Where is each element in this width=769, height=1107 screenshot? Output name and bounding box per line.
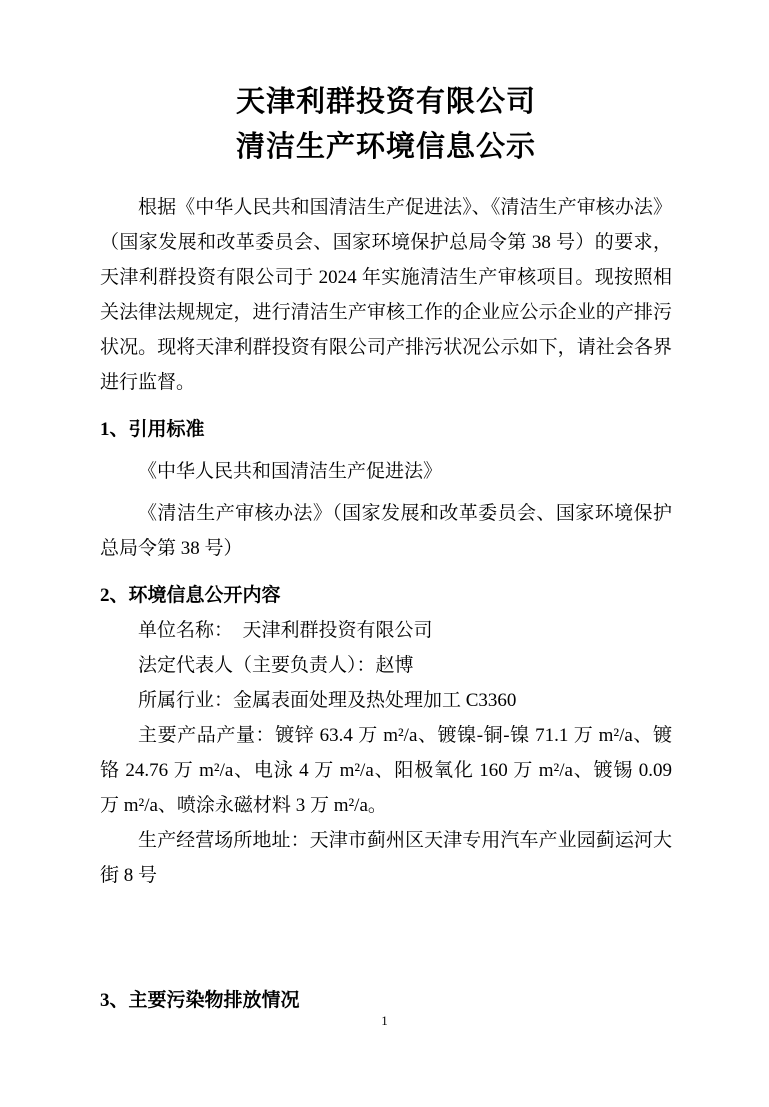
section-2-address: 生产经营场所地址：天津市蓟州区天津专用汽车产业园蓟运河大街 8 号: [100, 823, 672, 893]
doc-title-line-2: 清洁生产环境信息公示: [100, 125, 672, 170]
section-1-paragraph-1: 《中华人民共和国清洁生产促进法》: [100, 454, 672, 489]
section-1-paragraph-2: 《清洁生产审核办法》（国家发展和改革委员会、国家环境保护总局令第 38 号）: [100, 496, 672, 566]
document-page: 天津利群投资有限公司 清洁生产环境信息公示 根据《中华人民共和国清洁生产促进法》…: [0, 0, 769, 1107]
section-2-main-products: 主要产品产量：镀锌 63.4 万 m²/a、镀镍-铜-镍 71.1 万 m²/a…: [100, 718, 672, 823]
section-2-heading: 2、环境信息公开内容: [100, 578, 672, 613]
section-2-unit-name: 单位名称： 天津利群投资有限公司: [100, 613, 672, 648]
page-number: 1: [0, 1012, 769, 1030]
section-2-industry: 所属行业：金属表面处理及热处理加工 C3360: [100, 683, 672, 718]
intro-paragraph: 根据《中华人民共和国清洁生产促进法》、《清洁生产审核办法》（国家发展和改革委员会…: [100, 190, 672, 400]
section-1-heading: 1、引用标准: [100, 412, 672, 447]
doc-title-line-1: 天津利群投资有限公司: [100, 80, 672, 125]
section-2-legal-representative: 法定代表人（主要负责人）：赵博: [100, 648, 672, 683]
